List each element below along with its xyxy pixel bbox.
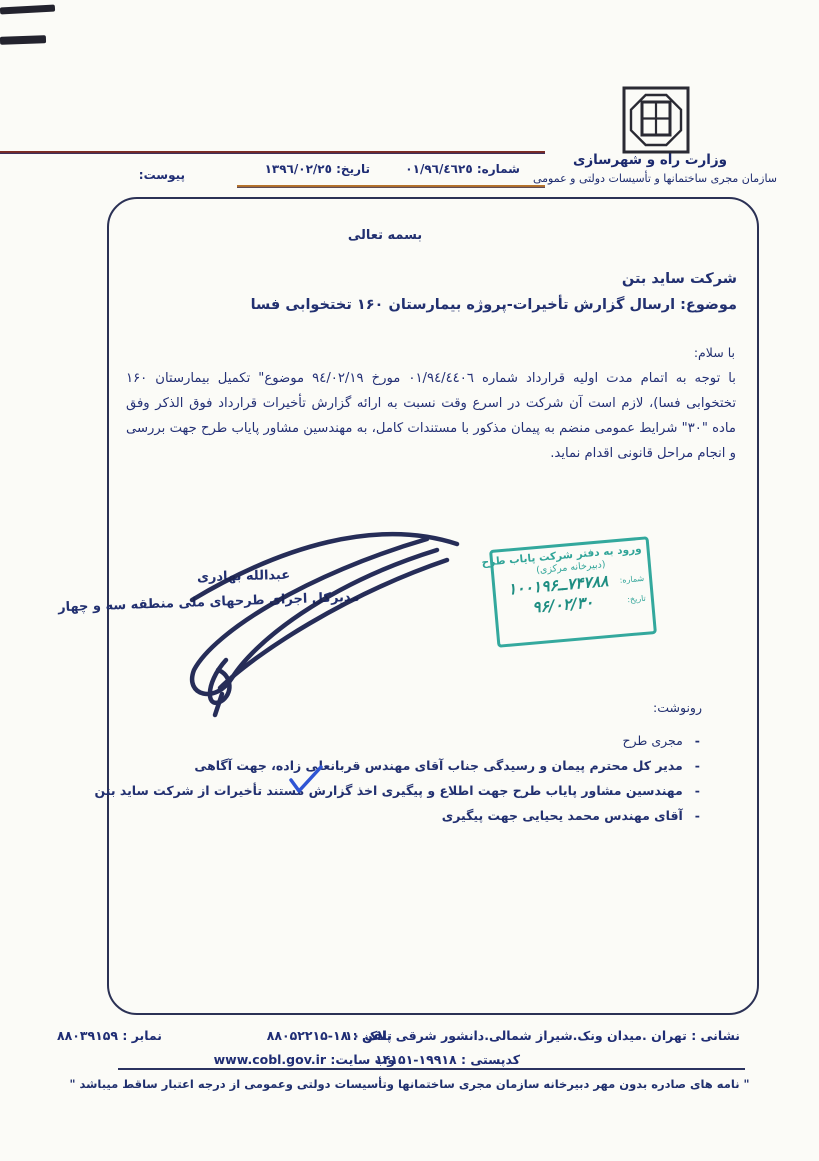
cc-item-text: آقای مهندس محمد یحیایی جهت پیگیری bbox=[442, 808, 683, 823]
cc-item: - مجری طرح bbox=[95, 728, 701, 753]
footer-fax-label: نمابر : bbox=[122, 1028, 162, 1043]
footer-postal-label: کدپستی : bbox=[461, 1052, 520, 1067]
cc-item-text: مجری طرح bbox=[622, 733, 682, 748]
stamp-number-label: شماره: bbox=[619, 573, 644, 584]
footer-phone-value: ۸۸۰۵۲۲۱۵-۱۸ bbox=[267, 1028, 348, 1043]
scanned-letter-page: وزارت راه و شهرسازی سازمان مجری ساختمانه… bbox=[0, 0, 819, 1161]
footer-disclaimer: " نامه های صادره بدون مهر دبیرخانه سازما… bbox=[0, 1077, 819, 1091]
letterhead-top-rule bbox=[0, 151, 545, 154]
cc-bullet: - bbox=[695, 733, 700, 748]
footer-address-value: تهران .میدان ونک.شیراز شمالی.دانشور شرقی… bbox=[345, 1028, 687, 1043]
letterhead-bottom-rule bbox=[237, 185, 545, 188]
letter-number-value: ٠١/٩٦/٤٦٢٥ bbox=[405, 162, 472, 176]
salutation: با سلام: bbox=[694, 345, 735, 360]
handwritten-checkmark-icon bbox=[288, 764, 324, 800]
footer-website: وب سایت: www.cobl.gov.ir bbox=[214, 1052, 395, 1067]
letter-number: شماره: ٠١/٩٦/٤٦٢٥ bbox=[405, 162, 520, 176]
letter-attachment-label: پیوست: bbox=[139, 168, 185, 182]
footer-address: نشانی : تهران .میدان ونک.شیراز شمالی.دان… bbox=[345, 1028, 740, 1043]
footer-phone-label: تلفن : bbox=[353, 1028, 392, 1043]
letter-body-text: با توجه به اتمام مدت اولیه قرارداد شماره… bbox=[126, 366, 736, 466]
cc-item: - مدیر کل محترم پیمان و رسیدگی جناب آقای… bbox=[95, 753, 701, 778]
bismillah: بسمه تعالی bbox=[300, 228, 470, 243]
footer-fax: نمابر : ۸۸۰۳۹۱۵۹ bbox=[57, 1028, 162, 1043]
letter-number-label: شماره: bbox=[477, 162, 520, 176]
scan-artifact bbox=[0, 5, 55, 15]
footer-postal-code: کدپستی : ۱۴۱۵۱-۱۹۹۱۸ bbox=[375, 1052, 520, 1067]
cc-item: - آقای مهندس محمد یحیایی جهت پیگیری bbox=[95, 803, 701, 828]
letter-date: تاریخ: ١٣٩٦/٠٢/٢٥ bbox=[265, 162, 370, 176]
footer-website-value: www.cobl.gov.ir bbox=[214, 1052, 326, 1067]
cc-bullet: - bbox=[695, 758, 700, 773]
ministry-window-emblem-icon bbox=[622, 86, 690, 158]
footer-rule bbox=[118, 1068, 745, 1070]
cc-item-text: مهندسین مشاور پایاب طرح جهت اطلاع و پیگی… bbox=[95, 783, 683, 798]
organization-name: سازمان مجری ساختمانها و تأسیسات دولتی و … bbox=[530, 172, 780, 185]
subject-line: موضوع: ارسال گزارش تأخیرات-پروژه بیمارست… bbox=[251, 297, 737, 313]
scan-artifact bbox=[0, 35, 46, 45]
stamp-date-label: تاریخ: bbox=[627, 593, 646, 604]
footer-fax-value: ۸۸۰۳۹۱۵۹ bbox=[57, 1028, 118, 1043]
handwritten-signature bbox=[122, 512, 472, 726]
ministry-name: وزارت راه و شهرسازی bbox=[545, 152, 755, 168]
footer-address-label: نشانی : bbox=[691, 1028, 740, 1043]
cc-item-text: مدیر کل محترم پیمان و رسیدگی جناب آقای م… bbox=[194, 758, 682, 773]
letter-date-value: ١٣٩٦/٠٢/٢٥ bbox=[265, 162, 332, 176]
recipient-name: شرکت ساید بتن bbox=[622, 271, 737, 287]
cc-bullet: - bbox=[695, 808, 700, 823]
cc-list: - مجری طرح - مدیر کل محترم پیمان و رسیدگ… bbox=[95, 728, 701, 828]
cc-bullet: - bbox=[695, 783, 700, 798]
receipt-stamp: ورود به دفتر شرکت پایاب طرح (دبیرخانه مر… bbox=[489, 536, 657, 648]
cc-item: - مهندسین مشاور پایاب طرح جهت اطلاع و پی… bbox=[95, 778, 701, 803]
letter-attachment: پیوست: bbox=[139, 168, 185, 182]
footer-website-label: وب سایت: bbox=[330, 1052, 395, 1067]
cc-label: رونوشت: bbox=[653, 700, 702, 715]
footer-phone: تلفن : ۸۸۰۵۲۲۱۵-۱۸ bbox=[267, 1028, 392, 1043]
letter-date-label: تاریخ: bbox=[336, 162, 370, 176]
